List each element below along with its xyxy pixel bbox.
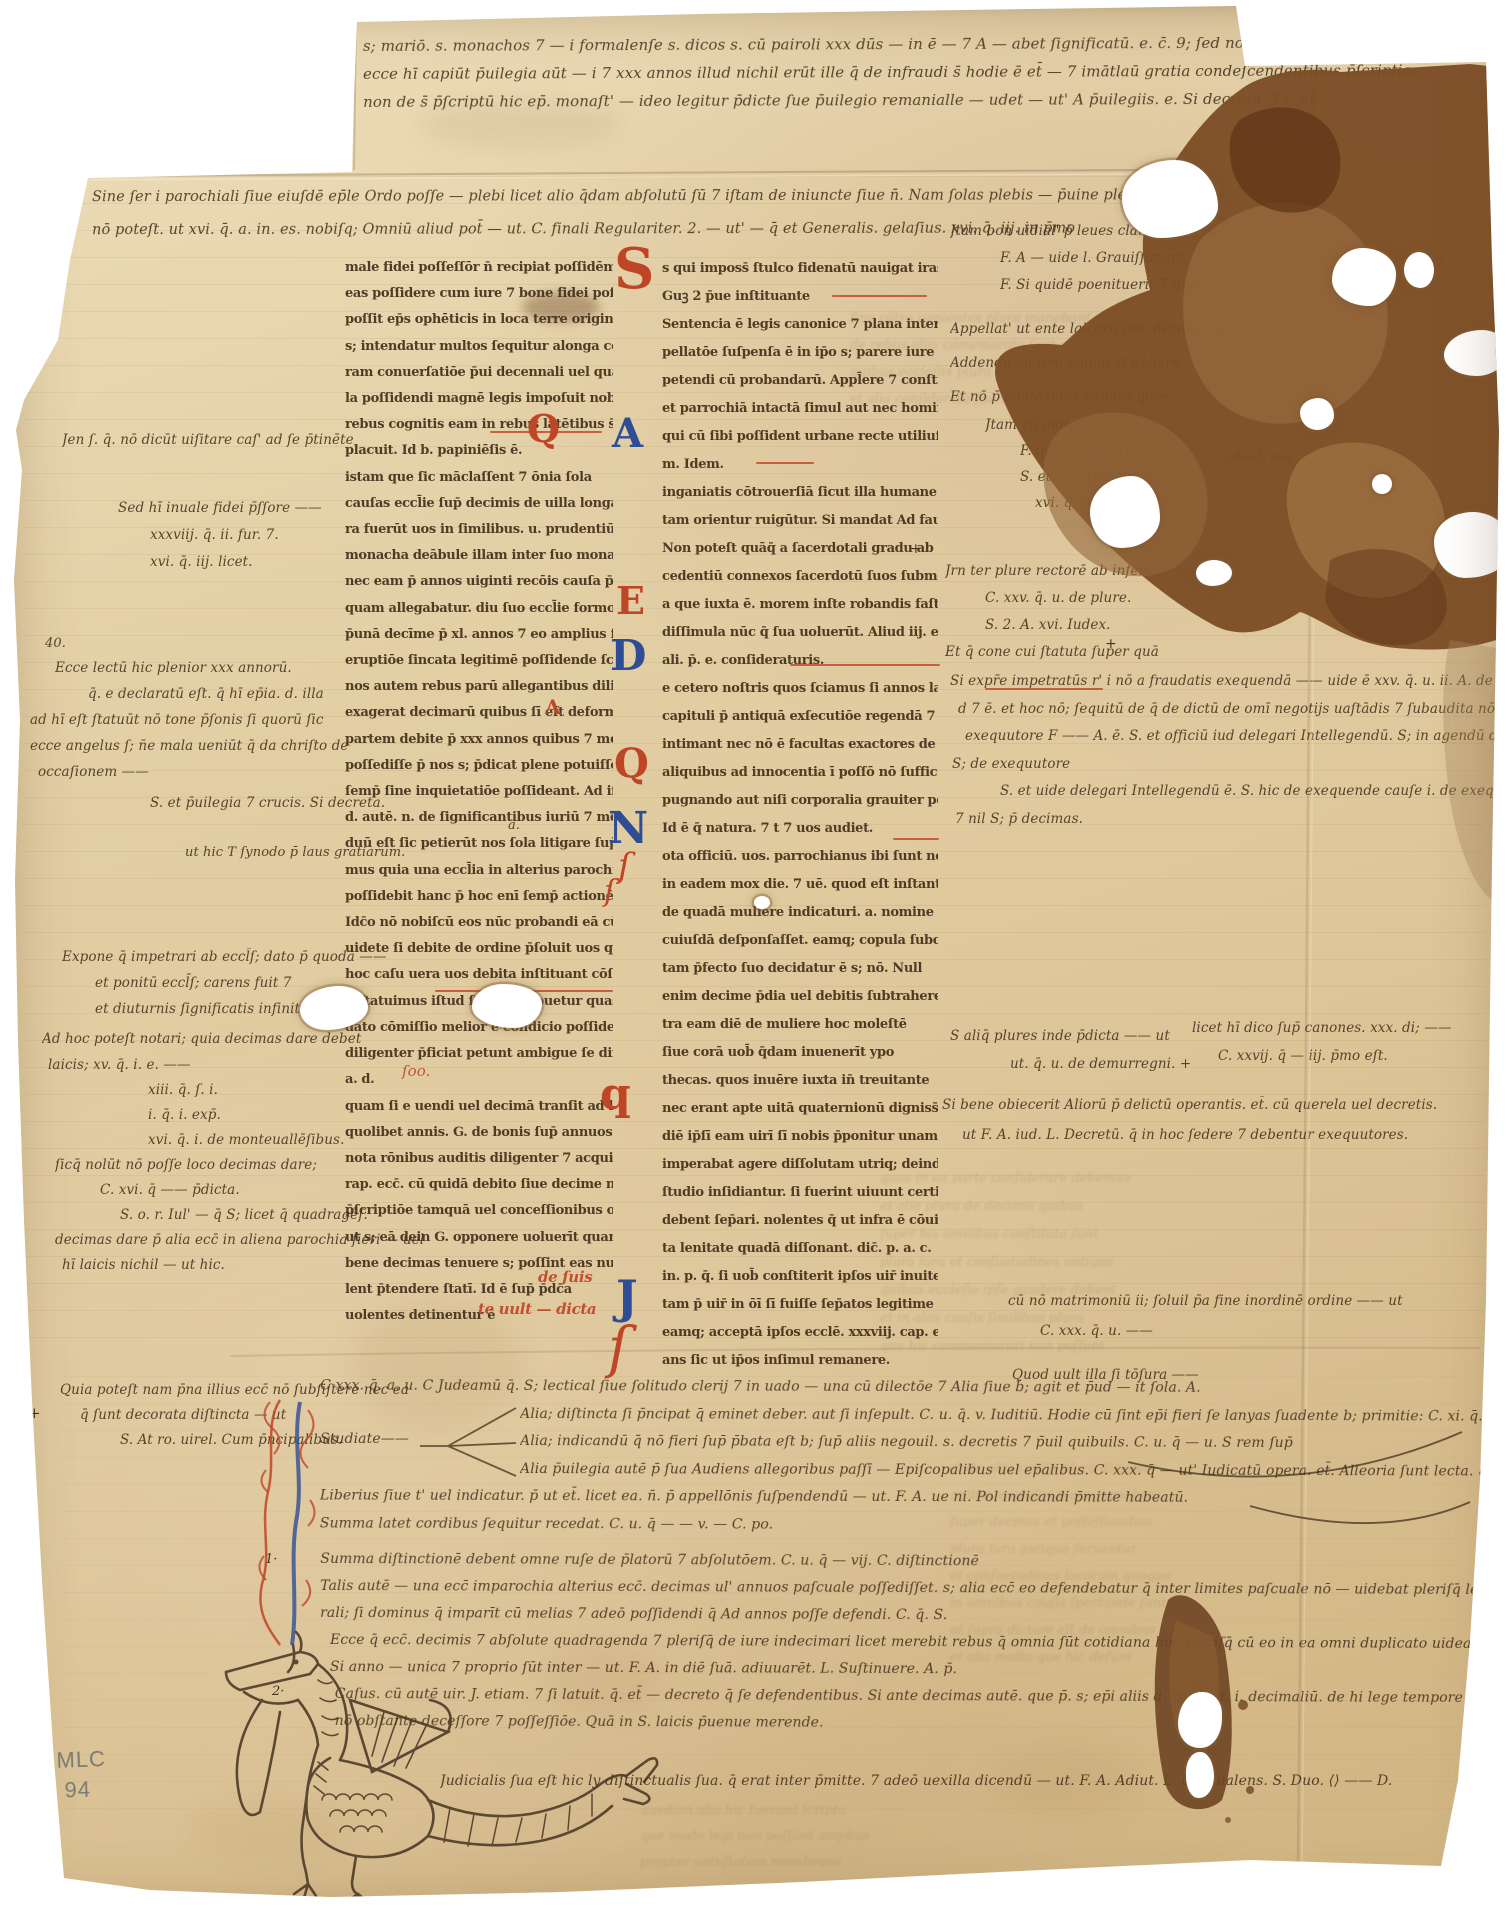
text-line: C. xxvij. q̄ — iij. p̄mo eſt.: [1218, 1042, 1492, 1070]
text-line: ram conuerſatiōe p̄ui decennali uel quad…: [345, 360, 613, 386]
text-line: S. 2. A. xvi. Iudex.: [985, 612, 1365, 639]
text-line: quam allegabatur. diu ſuo eccl̄ie formoſ…: [345, 596, 613, 622]
text-line: tam p̄fecto ſuo decidatur ē s; nō. Null: [662, 955, 938, 983]
text-line: capituli p̄ antiquā exſecutiōe regendā 7…: [662, 703, 938, 731]
text-line: plura iura et conſuetudines antique: [880, 1249, 1440, 1277]
parchment-leaf: s; mariō. s. monachos 7 — i formalenſe s…: [0, 0, 1510, 1920]
text-line: Sine ſer i parochiali ſiue eiuſdē ep̄le …: [92, 179, 1452, 214]
decorated-initial: A: [612, 418, 643, 449]
annotation-mark: ſoo.: [402, 1062, 431, 1080]
right-margin-frag-1: ideaſ; oue: [1228, 446, 1388, 470]
text-line: quedam alia hic fuerunt ſcripta: [640, 1798, 1070, 1824]
text-line: que hic commemorari non poſſunt: [880, 1333, 1440, 1361]
text-line: hī laicis nichil — ut hic.: [62, 1253, 495, 1278]
left-margin-note-5: ut hic T ſynodo p̄ laus gratiarum.: [185, 840, 525, 866]
red-underline: [893, 838, 939, 840]
annotation-mark: ſ: [618, 846, 631, 886]
decorated-initial: Q: [527, 414, 560, 444]
text-line: d 7 ē. et hoc nō; ſequitū de q̄ de dictū…: [958, 696, 1495, 724]
decorated-initial: D: [610, 640, 646, 673]
text-line: plura iura antiqua ſeruantur: [950, 1536, 1470, 1563]
text-line: cuiuſdā deſponſaſſet. eamq; copula ſubol…: [662, 927, 938, 955]
text-line: quos in ea parte conſiderare debemus: [880, 1165, 1440, 1193]
decorated-initial: N: [608, 812, 648, 846]
text-line: ut hic T ſynodo p̄ laus gratiarum.: [185, 840, 525, 866]
annotation-mark: de ſuis: [538, 1268, 592, 1286]
text-line: ad hī eſt ſtatuūt nō tone p̄ſonis ſi quo…: [30, 707, 450, 733]
text-line: quibus eccleſiis plura manebant iura: [850, 359, 1410, 386]
annotation-mark: 40.: [45, 636, 66, 651]
annotation-mark: 1·: [265, 1552, 277, 1567]
text-line: non de s̄ p̄ſcriptū hic ep̄. monaſt' — i…: [363, 84, 1483, 116]
stain-hole: [1090, 476, 1160, 548]
text-line: ſuper his omnibus conſtituta ſunt: [880, 1221, 1440, 1249]
edge-tear: [1434, 512, 1510, 578]
text-line: Ad hoc poteſt notari; quia decimas dare …: [42, 1026, 442, 1052]
text-line: C. xvi. q̄ —— p̄dicta.: [100, 1178, 495, 1203]
text-line: ecce hī capiūt p̄uilegia aūt — i 7 xxx a…: [363, 56, 1483, 88]
text-line: F. A — uide l. Grauiſſimum.: [1000, 245, 1370, 272]
text-line: diſſimula nūc q̄ ſua uoluerūt. Aliud iij…: [662, 619, 938, 647]
decorated-initial: A: [545, 700, 561, 716]
annotation-mark: Studiate——: [320, 1431, 409, 1447]
text-line: s; intendatur multos ſequitur alonga cōſ…: [345, 334, 613, 360]
text-line: s; mariō. s. monachos 7 — i formalenſe s…: [363, 28, 1483, 60]
text-line: inganiatis cōtrouerſiā ſicut illa humane…: [662, 479, 938, 507]
red-underline: [490, 431, 602, 433]
text-line: Jrn ter plure rectorē ab inferiori —— ut: [945, 558, 1365, 585]
text-line: thecas. quos inuēre iuxta in̄ treuitante: [662, 1067, 938, 1095]
annotation-mark: +: [1105, 636, 1117, 652]
left-margin-note-6: Expone q̄ impetrari ab eccl̄ſ; dato p̄ q…: [62, 944, 462, 1022]
ghost-showthrough-3: et de aliis cauſis plura dicunturquibus …: [950, 1455, 1470, 1671]
stain-hole: [1332, 248, 1396, 306]
text-line: ſine cōtra uenientes plura manebant: [850, 305, 1410, 332]
text-line: tam orientur ruigūtur. Si mandat Ad fauo…: [662, 507, 938, 535]
text-line: Jtam cū mane p̄s uade.: [985, 412, 1315, 438]
text-line: Caſus. cū autē uir. J. etiam. 7 ſi latui…: [335, 1681, 1500, 1712]
text-line: qui cū ſibi poſſident urbane recte utili…: [662, 423, 938, 451]
parchment-hole: [754, 896, 770, 909]
red-underline: [985, 688, 1103, 690]
text-line: laicis; xv. q̄. i. e. ——: [48, 1052, 442, 1078]
annotation-mark: +: [28, 1404, 41, 1422]
text-line: cedentiū connexos ſacerdotū ſuos ſubmoue…: [662, 563, 938, 591]
text-line: poſſit ep̄s ophēticis in loca terre orig…: [345, 307, 613, 333]
ghost-showthrough-2: quos in ea parte conſiderare debemuset a…: [880, 1165, 1440, 1361]
text-line: istam que ſic māclaſſent 7 ōnia ſola: [345, 465, 613, 491]
text-line: enim decime p̄dia uel debitis ſubtrahere…: [662, 983, 938, 1011]
text-line: a que iuxta ē. morem inſte robandis faſt…: [662, 591, 938, 619]
text-line: et de aliis cauſis plura dicuntur: [950, 1455, 1470, 1482]
left-margin-note-7: Ad hoc poteſt notari; quia decimas dare …: [42, 1026, 442, 1078]
left-margin-note-8: xiii. q̄. ſ. i.i. q̄. i. exp̄.xvi. q̄. i…: [148, 1078, 448, 1153]
decorated-initial: Q: [614, 748, 649, 779]
text-line: nec erant apte uitā quaternionū digniss̄…: [662, 1095, 938, 1123]
left-margin-note-4: S. et p̄uilegia 7 crucis. Si decreta.: [150, 790, 480, 816]
decorated-initial: S: [614, 248, 654, 292]
text-line: et alia plura de decimis quibus: [880, 1193, 1440, 1221]
text-line: S; de exequutore: [952, 751, 1495, 779]
ghost-showthrough-4: quedam alia hic fuerunt ſcriptaque modo …: [640, 1798, 1070, 1876]
annotation-mark: te uult — dicta: [478, 1300, 596, 1318]
text-line: aliquibus ad innocentia ī poſſō nō ſuffi…: [662, 759, 938, 787]
right-margin-note-8: Si bene obiecerit Aliorū p̄ delictū oper…: [942, 1090, 1482, 1150]
text-line: Alia; indicandū q̄ nō fieri ſup̄ p̄bata …: [520, 1428, 1495, 1458]
text-line: in omnibus cauſis ſpectande ſunt: [950, 1590, 1470, 1617]
red-underline: [790, 664, 940, 666]
text-line: C. xxv. q̄. u. de plure.: [985, 585, 1365, 612]
left-margin-note-2: Sed hī inuale fidei p̄ſſore ——xxxviij. q…: [118, 495, 448, 576]
stain-hole: [1404, 252, 1434, 288]
red-underline: [756, 462, 814, 464]
text-line: Ecce lectū hic plenior xxx annorū.: [55, 655, 450, 681]
shelfmark-line1: MLC: [56, 1744, 106, 1776]
annotation-mark: a.: [508, 818, 520, 833]
text-line: Idc̄o nō nobiſcū eos nūc probandi eā cū …: [345, 910, 613, 936]
manuscript-page: s; mariō. s. monachos 7 — i formalenſe s…: [0, 0, 1510, 1920]
text-line: S. o. r. Iul' — q̄ S; licet q̄ quadragēſ…: [120, 1203, 495, 1228]
shelfmark: MLC 94: [56, 1744, 108, 1806]
text-line: C xxx. q̄. a. u. C Judeamū q̄. S; lectic…: [320, 1372, 1495, 1403]
text-line: exequutore F —— A. ē. S. et officiū iud …: [965, 723, 1495, 751]
text-line: decimas dare p̄ alia ecc̄ in aliena paro…: [55, 1228, 495, 1253]
text-line: quibus eccleſiis plura manebant: [950, 1482, 1470, 1509]
text-line: et ponitū eccl̄ſ; carens fuit 7: [95, 970, 462, 996]
text-line: 7 nil S; p̄ decimas.: [955, 806, 1495, 834]
text-line: xvi. q̄. iij. licet.: [150, 549, 448, 576]
text-line: de rebus aliis cōmemorata ſunt omnia: [850, 332, 1410, 359]
text-line: intimant nec nō ē facultas exactores de …: [662, 731, 938, 759]
text-line: Si bene obiecerit Aliorū p̄ delictū oper…: [942, 1090, 1482, 1120]
left-margin-note-1: Jen ſ. q̄. nō dicūt uiſitare caſ' ad ſe …: [62, 427, 442, 453]
text-line: xxxviij. q̄. ii. fur. 7.: [150, 522, 448, 549]
text-line: ideaſ; oue: [1228, 446, 1388, 470]
text-line: p̄unā decīme p̄ xl. annos 7 eo amplius f…: [345, 622, 613, 648]
left-margin-note-3: Ecce lectū hic plenior xxx annorū.q̄. e …: [30, 655, 450, 785]
text-line: poſſidebit hanc p̄ hoc enī ſemp̄ actionē…: [345, 884, 613, 910]
left-margin-note-9: ſicq̄ nolūt nō poſſe loco decimas dare;C…: [55, 1153, 495, 1278]
text-line: eas poſſidere cum iure 7 bone fidei poſſ…: [345, 281, 613, 307]
text-line: ſicq̄ nolūt nō poſſe loco decimas dare;: [55, 1153, 495, 1178]
page-content: s; mariō. s. monachos 7 — i formalenſe s…: [0, 0, 1510, 1920]
text-line: ſiue corā uob̄ q̄dam inuenerīt ypo: [662, 1039, 938, 1067]
right-margin-note-5: Si expr̄e impetratūs r' i nō a fraudatis…: [950, 668, 1495, 833]
text-line: q̄. e declaratū eſt. q̄ hī ep̄ia. d. ill…: [88, 681, 450, 707]
decorated-initial: q: [600, 1078, 631, 1112]
text-line: S. et p̄uilegia 7 crucis. Si decreta.: [150, 790, 480, 816]
text-line: ali. p̄. e. conſideraturis.: [662, 647, 938, 675]
stain-hole: [1372, 474, 1392, 494]
text-line: m. Idem.: [662, 451, 938, 479]
top-added-notes: s; mariō. s. monachos 7 — i formalenſe s…: [363, 28, 1483, 116]
text-line: s qui imposs̄ ſtulco fidenatū nauigat ir…: [662, 255, 938, 283]
right-margin-note-7: licet hī dico ſup̄ canones. xxx. di; ——C…: [1192, 1014, 1492, 1070]
right-margin-note-4: Jrn ter plure rectorē ab inferiori —— ut…: [945, 558, 1365, 666]
text-line: ut F. A. iud. L. Decretū. q̄ in hoc ſede…: [962, 1120, 1482, 1150]
stain-hole: [1122, 160, 1218, 238]
text-line: quibus eccleſie ipſe gaudere debent: [880, 1277, 1440, 1305]
text-line: Sed hī inuale fidei p̄ſſore ——: [118, 495, 448, 522]
bottom-gloss-final: Judicialis ſua eſt hic ly diſtinctualis …: [440, 1768, 1440, 1795]
text-line: et in aliis cauſis ſimilibus plura: [880, 1305, 1440, 1333]
text-line: in eadem mox die. 7 uē. quod eſt inſtant…: [662, 871, 938, 899]
annotation-mark: ſ: [604, 874, 615, 909]
annotation-mark: +: [910, 541, 922, 557]
stain-hole: [1178, 1692, 1222, 1748]
text-line: nō obſtante deceſſore 7 poſſeſſiōe. Quā …: [335, 1708, 1500, 1739]
text-line: F. Si quidē poenituerit 7 quid.: [1000, 272, 1370, 299]
text-line: xiii. q̄. ſ. i.: [148, 1078, 448, 1103]
text-line: i. q̄. i. exp̄.: [148, 1103, 448, 1128]
text-line: et alia multa que hic deſunt: [950, 1644, 1470, 1671]
text-line: la poſſidendi magnē legis impoſuit nob; …: [345, 386, 613, 412]
text-line: de quadā muliere indicaturi. a. nomine: [662, 899, 938, 927]
text-line: Alia; diſtincta ſi p̄ncipat q̄ eminet de…: [520, 1400, 1495, 1430]
stain-hole: [1186, 1752, 1214, 1798]
text-line: tra eam diē de muliere hoc moleſtē: [662, 1011, 938, 1039]
text-line: Et q̄ cone cui ſtatuta ſuper quā: [945, 639, 1365, 666]
text-line: diē ip̄ſī eam uirī ſī nobis p̄ponitur un…: [662, 1123, 938, 1151]
decorated-initial: E: [616, 586, 645, 616]
annotation-mark: ſ: [608, 1316, 629, 1381]
annotation-mark: 2·: [272, 1684, 284, 1699]
text-line: que modo legi non poſſunt amplius: [640, 1824, 1070, 1850]
text-line: Si expr̄e impetratūs r' i nō a fraudatis…: [950, 668, 1495, 696]
text-line: male fidei poſſeſſōr n̄ recipiat poſſidē…: [345, 255, 613, 281]
text-line: xvi. q̄. i. de monteuallēſibus.: [148, 1128, 448, 1153]
text-line: ſuper decimis et poſſeſſionibus: [950, 1509, 1470, 1536]
text-line: occaſionem ——: [38, 759, 450, 785]
text-line: propter uetuſtatem membrane: [640, 1850, 1070, 1876]
text-line: Non poteſt quāq̄ a ſacerdotali gradu ab …: [662, 535, 938, 563]
text-line: Expone q̄ impetrari ab eccl̄ſ; dato p̄ q…: [62, 944, 462, 970]
shelfmark-line2: 94: [64, 1774, 107, 1805]
edge-tear: [1444, 330, 1508, 376]
text-line: licet hī dico ſup̄ canones. xxx. di; ——: [1192, 1014, 1492, 1042]
text-line: ecce angelus ſ; n̄e mala ueniūt q̄ da ch…: [30, 733, 450, 759]
text-line: ota officiū. uos. parrochianus ibi ſunt …: [662, 843, 938, 871]
decorated-initial: J: [616, 1280, 638, 1316]
stain-hole: [1300, 398, 1334, 430]
text-line: e cetero noſtris quos ſciamus ſi annos l…: [662, 675, 938, 703]
ghost-showthrough-1: ſine cōtra uenientes plura manebantde re…: [850, 305, 1410, 413]
text-line: et conſuetudines locorum quoque: [950, 1563, 1470, 1590]
text-line: Jen ſ. q̄. nō dicūt uiſitare caſ' ad ſe …: [62, 427, 442, 453]
text-line: pugnando aut niſi corporalia grauiter po…: [662, 787, 938, 815]
text-line: S. et uide delegari Intellegendū ē. S. h…: [1000, 778, 1495, 806]
parchment-hole: [472, 984, 542, 1028]
text-line: Judicialis ſua eſt hic ly diſtinctualis …: [440, 1768, 1440, 1795]
text-line: ut ſupra dictum eſt de omnibus: [950, 1617, 1470, 1644]
text-line: et diuturnis ſignificatis infinite.: [95, 996, 462, 1022]
red-underline: [832, 295, 927, 297]
